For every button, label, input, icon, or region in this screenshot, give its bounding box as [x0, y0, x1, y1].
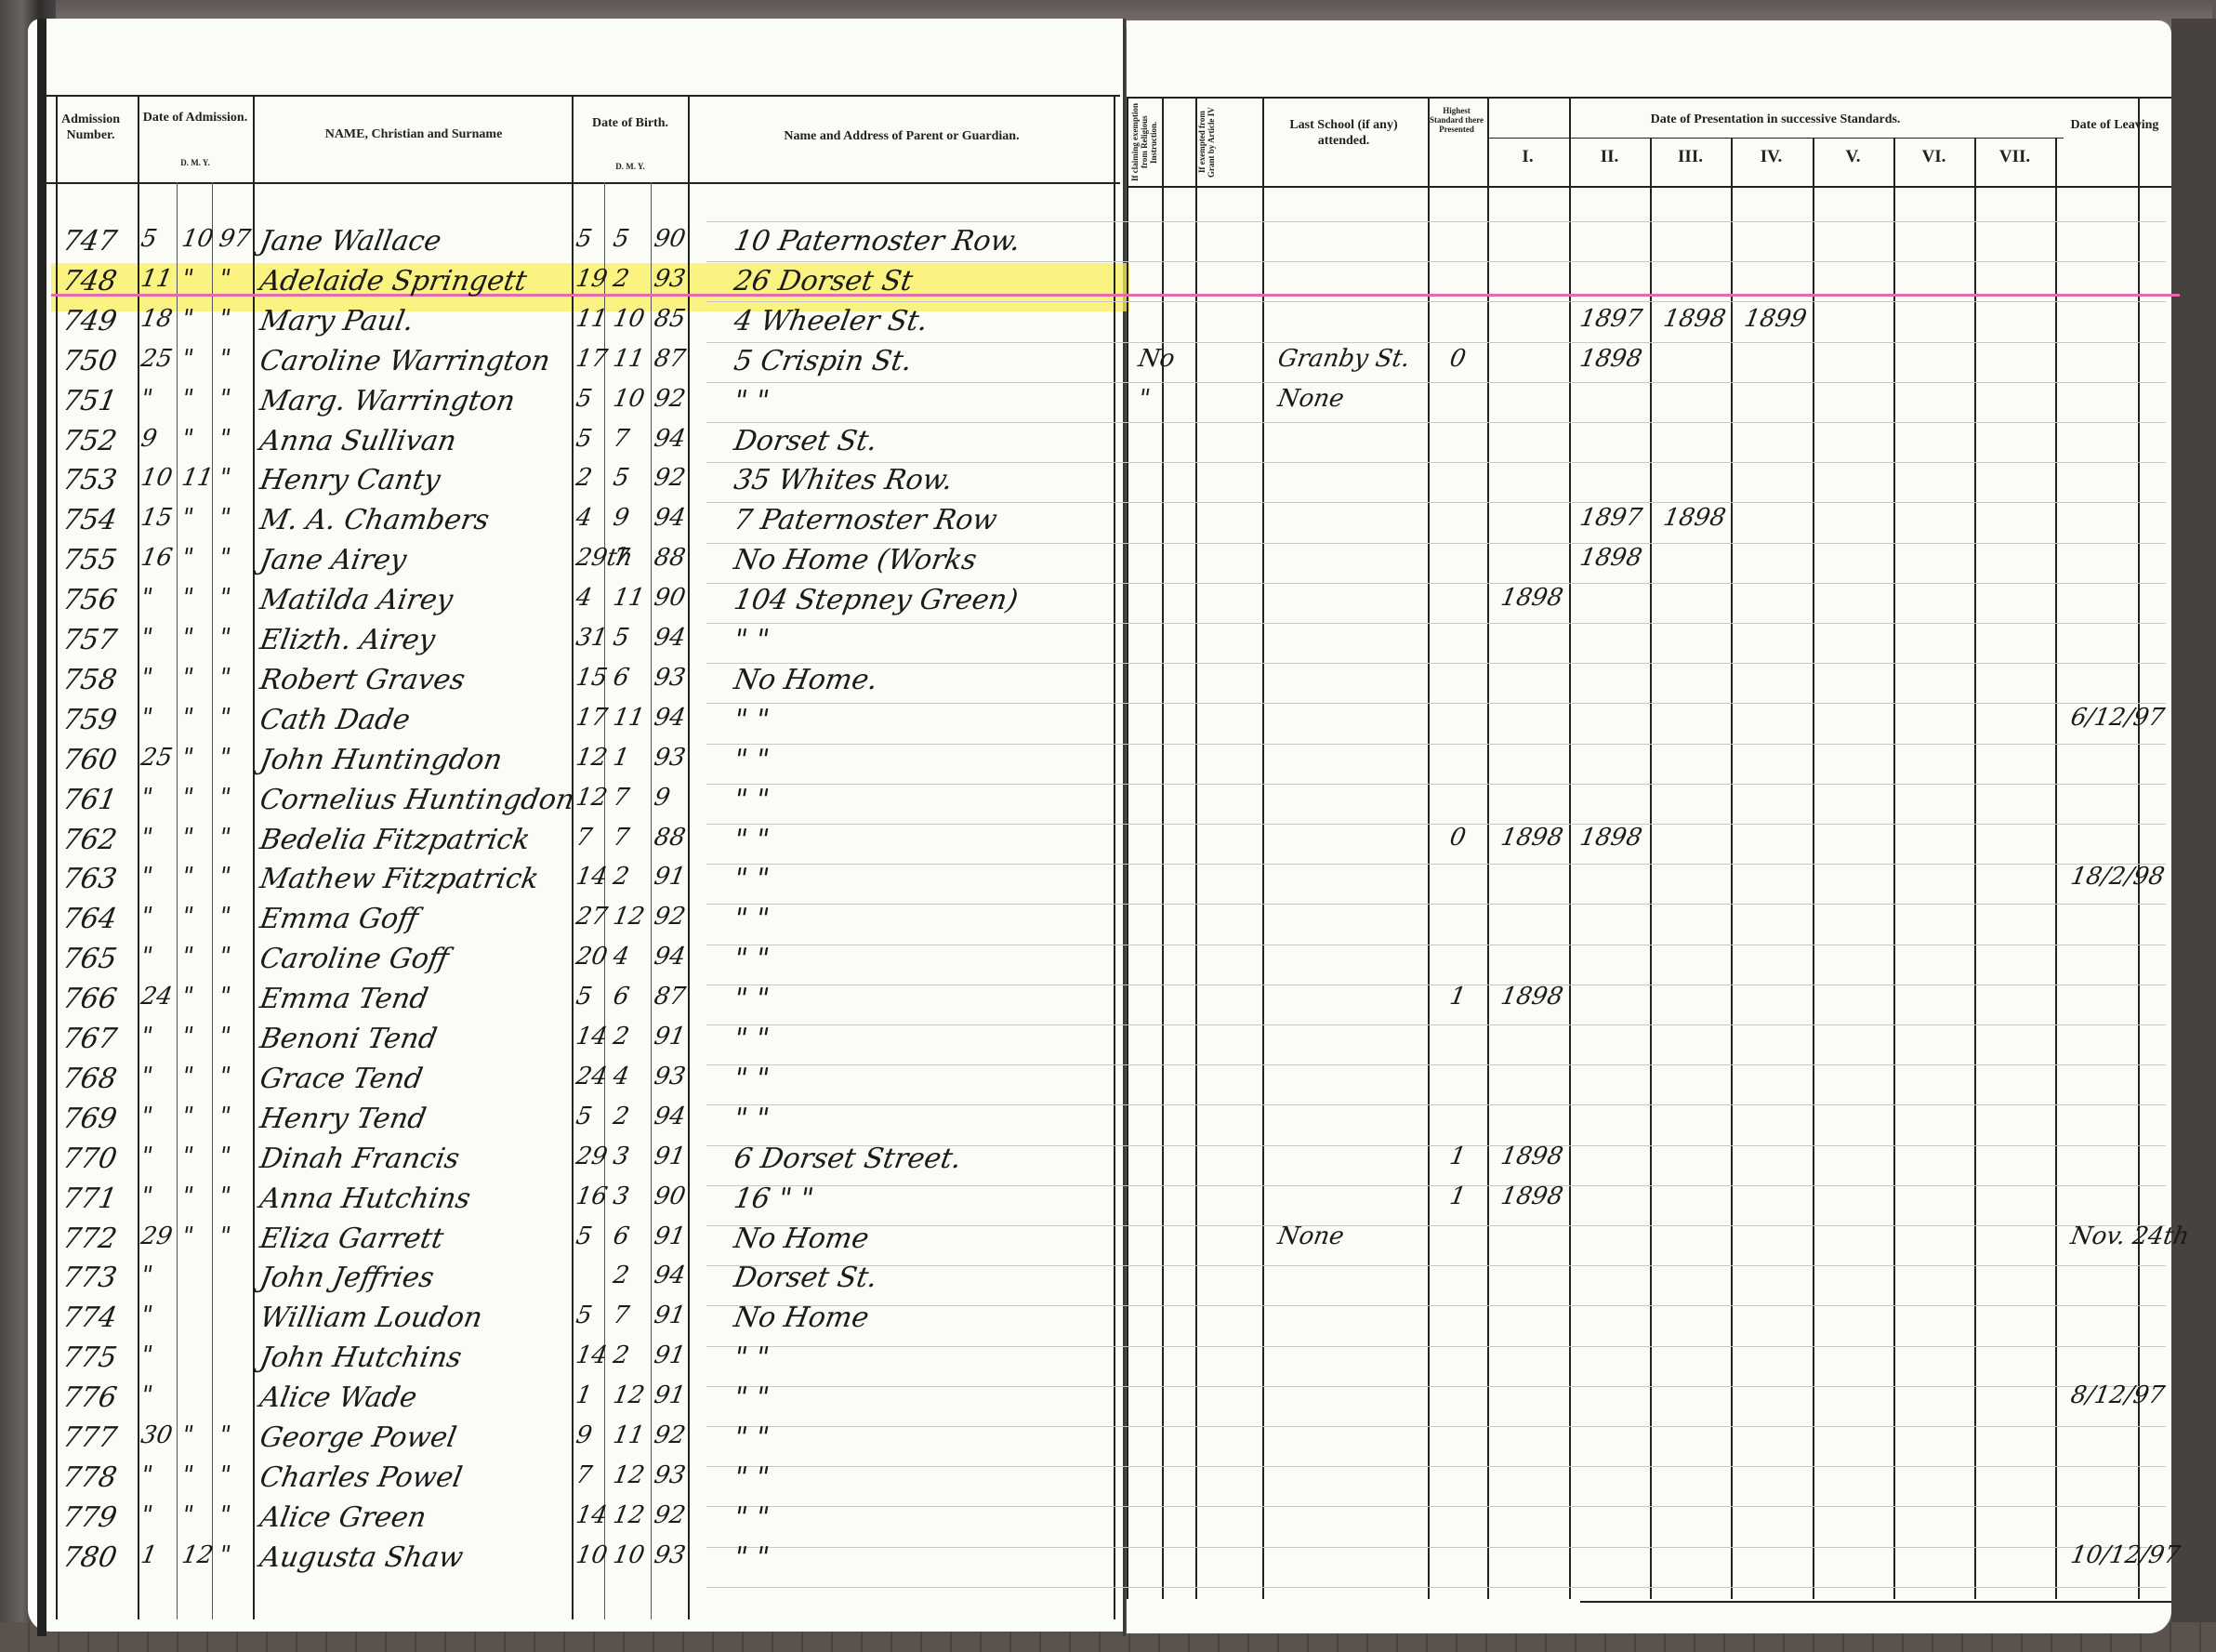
header-exempted-grant: If exempted from Grant by Article IV — [1197, 100, 1225, 184]
ruled-line — [706, 784, 2166, 785]
column-divider — [1487, 97, 1489, 1599]
birth-year: 87 — [652, 983, 687, 1011]
birth-day: 17 — [574, 345, 609, 373]
birth-year: 90 — [652, 584, 687, 612]
parent-address: " " — [732, 385, 772, 417]
header-top-rule-right — [1127, 97, 2171, 99]
column-divider — [1974, 138, 1976, 1599]
parent-address: " " — [732, 704, 772, 736]
subcolumn-divider — [604, 182, 605, 1619]
ruled-line — [706, 1466, 2166, 1467]
admission-number: 770 — [60, 1143, 119, 1175]
birth-day: 29 — [574, 1143, 609, 1170]
pupil-name: Mary Paul. — [257, 305, 416, 337]
ruled-line — [706, 261, 2166, 262]
column-divider — [2138, 97, 2140, 1599]
subcolumn-divider — [177, 182, 178, 1619]
pupil-name: Elizth. Airey — [257, 624, 438, 656]
standard-2-date: 1897 — [1577, 305, 1643, 333]
admission-number: 779 — [60, 1501, 119, 1534]
subcolumn-divider — [651, 182, 652, 1619]
birth-day: 14 — [574, 1023, 609, 1051]
last-school: None — [1275, 385, 1346, 413]
parent-address: 5 Crispin St. — [732, 345, 915, 377]
birth-year: 87 — [652, 345, 687, 373]
pupil-name: John Jeffries — [257, 1262, 437, 1294]
birth-year: 94 — [652, 425, 687, 453]
birth-day: 12 — [574, 784, 609, 812]
birth-year: 93 — [652, 1063, 687, 1090]
birth-year: 93 — [652, 744, 687, 772]
admission-day: 29 — [138, 1222, 174, 1250]
admission-number: 771 — [60, 1183, 119, 1215]
birth-year: 90 — [652, 1183, 687, 1210]
column-divider — [1893, 138, 1895, 1599]
admission-number: 763 — [60, 863, 119, 895]
ruled-line — [706, 744, 2166, 745]
standard-2-date: 1898 — [1577, 345, 1643, 373]
column-divider — [2055, 138, 2057, 1599]
standard-1-header: I. — [1487, 147, 1568, 167]
admission-number: 764 — [60, 903, 119, 935]
binding-edge — [37, 19, 46, 1636]
birth-year: 92 — [652, 464, 687, 492]
birth-day: 27 — [574, 903, 609, 931]
ruled-line — [706, 864, 2166, 865]
pupil-name: Robert Graves — [257, 664, 468, 696]
right-page-bottom-rule — [1580, 1601, 2171, 1603]
parent-address: " " — [732, 624, 772, 656]
parent-address: " " — [732, 1023, 772, 1055]
admission-number: 766 — [60, 983, 119, 1015]
column-divider — [1127, 97, 1128, 1599]
admission-day: 18 — [138, 305, 174, 333]
ruled-line — [706, 382, 2166, 383]
admission-day: 15 — [138, 504, 174, 532]
birth-month: 10 — [611, 305, 646, 333]
column-divider — [1162, 97, 1164, 1599]
pupil-name: Jane Wallace — [257, 225, 443, 258]
pupil-name: M. A. Chambers — [257, 504, 492, 536]
parent-address: No Home — [732, 1222, 871, 1255]
column-divider — [1569, 97, 1571, 1599]
admission-number: 773 — [60, 1262, 119, 1294]
birth-month: 12 — [611, 1461, 646, 1489]
pupil-name: Charles Powel — [257, 1461, 465, 1494]
birth-year: 93 — [652, 265, 687, 293]
admission-number: 778 — [60, 1461, 119, 1494]
header-date-of-admission: Date of Admission. — [139, 110, 251, 126]
ruled-line — [706, 342, 2166, 343]
admission-number: 760 — [60, 744, 119, 776]
column-divider — [1428, 97, 1430, 1599]
admission-month: 12 — [179, 1541, 215, 1569]
birth-year: 88 — [652, 824, 687, 852]
pupil-name: Grace Tend — [257, 1063, 425, 1095]
pupil-name: Henry Canty — [257, 464, 442, 496]
birth-day: 16 — [574, 1183, 609, 1210]
column-divider — [253, 95, 255, 1619]
parent-address: " " — [732, 1541, 772, 1574]
pupil-name: William Loudon — [257, 1302, 485, 1334]
birth-year: 91 — [652, 1381, 687, 1409]
pupil-name: Alice Green — [257, 1501, 429, 1534]
standard-4-header: IV. — [1731, 147, 1812, 167]
parent-address: " " — [732, 1421, 772, 1454]
column-divider — [572, 95, 574, 1619]
ruled-line — [706, 1305, 2166, 1306]
standard-2-header: II. — [1569, 147, 1650, 167]
parent-address: 35 Whites Row. — [732, 464, 956, 496]
admission-number: 753 — [60, 464, 119, 496]
column-divider — [1813, 138, 1814, 1599]
parent-address: No Home — [732, 1302, 871, 1334]
standard-7-header: VII. — [1974, 147, 2055, 167]
ruled-line — [706, 985, 2166, 985]
pupil-name: Anna Sullivan — [257, 425, 459, 457]
ruled-line — [706, 623, 2166, 624]
pupil-name: John Hutchins — [257, 1341, 464, 1374]
admission-day: 30 — [138, 1421, 174, 1449]
parent-address: 10 Paternoster Row. — [732, 225, 1023, 258]
parent-address: 26 Dorset St — [732, 265, 916, 297]
date-of-leaving: 18/2/98 — [2068, 863, 2167, 891]
admission-number: 777 — [60, 1421, 119, 1454]
header-name: NAME, Christian and Surname — [256, 126, 572, 142]
admission-number: 754 — [60, 504, 119, 536]
birth-year: 91 — [652, 1143, 687, 1170]
ruled-line — [706, 422, 2166, 423]
admission-day: 11 — [138, 265, 174, 293]
standard-6-header: VI. — [1893, 147, 1974, 167]
pupil-name: Matilda Airey — [257, 584, 455, 616]
header-top-rule — [42, 95, 1120, 97]
pupil-name: Benoni Tend — [257, 1023, 440, 1055]
column-divider — [688, 95, 690, 1619]
parent-address: " " — [732, 784, 772, 816]
parent-address: Dorset St. — [732, 1262, 880, 1294]
birth-year: 94 — [652, 1262, 687, 1289]
header-date-of-leaving: Date of Leaving — [2064, 117, 2166, 133]
right-page — [1127, 20, 2171, 1633]
admission-day: 24 — [138, 983, 174, 1011]
admission-number: 750 — [60, 345, 119, 377]
pupil-name: Caroline Goff — [257, 943, 451, 975]
birth-year: 92 — [652, 903, 687, 931]
birth-day: 17 — [574, 704, 609, 732]
column-divider — [1731, 138, 1733, 1599]
admission-number: 765 — [60, 943, 119, 975]
parent-address: " " — [732, 1381, 772, 1414]
pupil-name: Adelaide Springett — [257, 265, 529, 297]
standard-1-date: 1898 — [1498, 983, 1564, 1011]
ruled-line — [706, 1506, 2166, 1507]
parent-address: No Home. — [732, 664, 880, 696]
admission-number: 751 — [60, 385, 119, 417]
admission-number: 747 — [60, 225, 119, 258]
pupil-name: John Huntingdon — [257, 744, 505, 776]
admission-number: 755 — [60, 544, 119, 576]
pupil-name: Marg. Warrington — [257, 385, 518, 417]
birth-year: 94 — [652, 624, 687, 652]
admission-number: 762 — [60, 824, 119, 856]
standard-1-date: 1898 — [1498, 1143, 1564, 1170]
birth-year: 94 — [652, 1103, 687, 1130]
parent-address: " " — [732, 1461, 772, 1494]
admission-month: 11 — [179, 464, 215, 492]
parent-address: No Home (Works — [732, 544, 979, 576]
admission-day: 25 — [138, 744, 174, 772]
birth-year: 88 — [652, 544, 687, 572]
header-last-school: Last School (if any) attended. — [1262, 117, 1425, 149]
admission-number: 769 — [60, 1103, 119, 1135]
standard-3-date: 1898 — [1661, 305, 1727, 333]
birth-year: 85 — [652, 305, 687, 333]
birth-day: 12 — [574, 744, 609, 772]
ruled-line — [706, 824, 2166, 825]
birth-month: 11 — [611, 584, 646, 612]
ruled-line — [706, 1104, 2166, 1105]
ruled-line — [706, 301, 2166, 302]
standard-2-date: 1898 — [1577, 544, 1643, 572]
birth-day: 15 — [574, 664, 609, 692]
birth-day: 14 — [574, 863, 609, 891]
birth-year: 94 — [652, 704, 687, 732]
admission-number: 749 — [60, 305, 119, 337]
admission-number: 768 — [60, 1063, 119, 1095]
pupil-name: Augusta Shaw — [257, 1541, 466, 1574]
pupil-name: Dinah Francis — [257, 1143, 462, 1175]
birth-day: 10 — [574, 1541, 609, 1569]
pupil-name: Eliza Garrett — [257, 1222, 446, 1255]
religious-exemption: No — [1136, 345, 1177, 373]
parent-address: " " — [732, 903, 772, 935]
admission-day: 16 — [138, 544, 174, 572]
pupil-name: Cornelius Huntingdon — [257, 784, 577, 816]
parent-address: " " — [732, 983, 772, 1015]
standard-3-header: III. — [1650, 147, 1731, 167]
admission-number: 756 — [60, 584, 119, 616]
birth-month: 10 — [611, 1541, 646, 1569]
birth-year: 92 — [652, 1501, 687, 1529]
ruled-line — [706, 1185, 2166, 1186]
admission-number: 748 — [60, 265, 119, 297]
pupil-name: Caroline Warrington — [257, 345, 553, 377]
header-presentation-dates: Date of Presentation in successive Stand… — [1487, 112, 2064, 127]
parent-address: " " — [732, 1501, 772, 1534]
admission-number: 772 — [60, 1222, 119, 1255]
pupil-name: Alice Wade — [257, 1381, 419, 1414]
header-religious-exemption: If claiming exemption from Religious Ins… — [1130, 100, 1158, 184]
birth-year: 90 — [652, 225, 687, 253]
date-of-leaving: 6/12/97 — [2068, 704, 2167, 732]
standard-2-date: 1898 — [1577, 824, 1643, 852]
ruled-line — [706, 1225, 2166, 1226]
birth-day: 24 — [574, 1063, 609, 1090]
birth-year: 93 — [652, 664, 687, 692]
admission-number: 757 — [60, 624, 119, 656]
pupil-name: Cath Dade — [257, 704, 413, 736]
admission-number: 774 — [60, 1302, 119, 1334]
birth-month: 12 — [611, 1501, 646, 1529]
parent-address: 6 Dorset Street. — [732, 1143, 964, 1175]
parent-address: 16 " " — [732, 1183, 816, 1215]
birth-month: 10 — [611, 385, 646, 413]
admission-number: 776 — [60, 1381, 119, 1414]
ruled-line — [706, 1024, 2166, 1025]
birth-year: 91 — [652, 863, 687, 891]
book-right-edge — [2171, 19, 2216, 1652]
birth-year: 93 — [652, 1461, 687, 1489]
standards-subheader-rule — [1487, 138, 2064, 139]
pupil-name: Jane Airey — [257, 544, 409, 576]
header-highest-standard: Highest Standard there Presented — [1428, 106, 1485, 134]
header-parent-guardian: Name and Address of Parent or Guardian. — [692, 128, 1111, 144]
birth-year: 92 — [652, 1421, 687, 1449]
last-school: None — [1275, 1222, 1346, 1250]
pupil-name: Henry Tend — [257, 1103, 429, 1135]
ruled-line — [706, 945, 2166, 945]
birth-month: 12 — [611, 903, 646, 931]
column-divider — [56, 95, 58, 1619]
pupil-name: Mathew Fitzpatrick — [257, 863, 541, 895]
subcolumn-divider — [212, 182, 213, 1619]
admission-number: 775 — [60, 1341, 119, 1374]
pupil-name: Bedelia Fitzpatrick — [257, 824, 533, 856]
column-divider — [1650, 138, 1652, 1599]
column-divider — [1262, 97, 1264, 1599]
admission-year: 97 — [217, 225, 252, 253]
standard-2-date: 1897 — [1577, 504, 1643, 532]
birth-year: 91 — [652, 1341, 687, 1369]
pupil-name: George Powel — [257, 1421, 459, 1454]
ruled-line — [706, 1265, 2166, 1266]
standard-1-date: 1898 — [1498, 1183, 1564, 1210]
standard-4-date: 1899 — [1742, 305, 1808, 333]
birth-month: 11 — [611, 345, 646, 373]
admission-number: 780 — [60, 1541, 119, 1574]
standard-1-date: 1898 — [1498, 824, 1564, 852]
column-divider — [1195, 97, 1197, 1599]
ruled-line — [706, 703, 2166, 704]
date-of-leaving: Nov. 24th — [2068, 1222, 2191, 1250]
parent-address: Dorset St. — [732, 425, 880, 457]
ruled-line — [706, 1386, 2166, 1387]
pupil-name: Emma Tend — [257, 983, 430, 1015]
header-date-of-birth: Date of Birth. — [574, 115, 686, 131]
parent-address: 104 Stepney Green) — [732, 584, 1021, 616]
birth-month: 11 — [611, 1421, 646, 1449]
birth-year: 92 — [652, 385, 687, 413]
parent-address: " " — [732, 1063, 772, 1095]
parent-address: 7 Paternoster Row — [732, 504, 999, 536]
birth-day: 14 — [574, 1341, 609, 1369]
header-bottom-rule-right — [1127, 186, 2171, 188]
date-of-leaving: 8/12/97 — [2068, 1381, 2167, 1409]
birth-day: 14 — [574, 1501, 609, 1529]
header-birth-dmy: D. M. Y. — [574, 162, 686, 171]
column-divider — [1114, 95, 1115, 1619]
birth-day: 11 — [574, 305, 609, 333]
ruled-line — [706, 663, 2166, 664]
admission-month: 10 — [179, 225, 215, 253]
ruled-line — [706, 1064, 2166, 1065]
birth-year: 93 — [652, 1541, 687, 1569]
admission-number: 758 — [60, 664, 119, 696]
parent-address: " " — [732, 1341, 772, 1374]
ruled-line — [706, 221, 2166, 222]
birth-year: 91 — [652, 1222, 687, 1250]
parent-address: " " — [732, 824, 772, 856]
admission-number: 767 — [60, 1023, 119, 1055]
column-divider — [138, 95, 139, 1619]
admission-day: 25 — [138, 345, 174, 373]
birth-day: 20 — [574, 943, 609, 971]
date-of-leaving: 10/12/97 — [2068, 1541, 2182, 1569]
admission-number: 752 — [60, 425, 119, 457]
parent-address: " " — [732, 863, 772, 895]
birth-month: 11 — [611, 704, 646, 732]
parent-address: " " — [732, 943, 772, 975]
ruled-line — [706, 1426, 2166, 1427]
parent-address: 4 Wheeler St. — [732, 305, 930, 337]
standard-5-header: V. — [1813, 147, 1893, 167]
pupil-name: Emma Goff — [257, 903, 421, 935]
last-school: Granby St. — [1275, 345, 1412, 373]
birth-year: 91 — [652, 1023, 687, 1051]
ruled-line — [706, 904, 2166, 905]
header-admission-dmy: D. M. Y. — [139, 158, 251, 167]
admission-number: 761 — [60, 784, 119, 816]
standard-3-date: 1898 — [1661, 504, 1727, 532]
header-admission-number: Admission Number. — [46, 112, 135, 143]
ruled-line — [706, 1587, 2166, 1588]
birth-day: 31 — [574, 624, 609, 652]
pupil-name: Anna Hutchins — [257, 1183, 473, 1215]
standard-1-date: 1898 — [1498, 584, 1564, 612]
birth-year: 94 — [652, 943, 687, 971]
birth-day: 19 — [574, 265, 609, 293]
parent-address: " " — [732, 1103, 772, 1135]
birth-year: 91 — [652, 1302, 687, 1329]
birth-year: 94 — [652, 504, 687, 532]
ruled-line — [706, 1547, 2166, 1548]
parent-address: " " — [732, 744, 772, 776]
admission-number: 759 — [60, 704, 119, 736]
ruled-line — [706, 1346, 2166, 1347]
header-bottom-rule — [42, 182, 1120, 184]
admission-day: 10 — [138, 464, 174, 492]
birth-month: 12 — [611, 1381, 646, 1409]
